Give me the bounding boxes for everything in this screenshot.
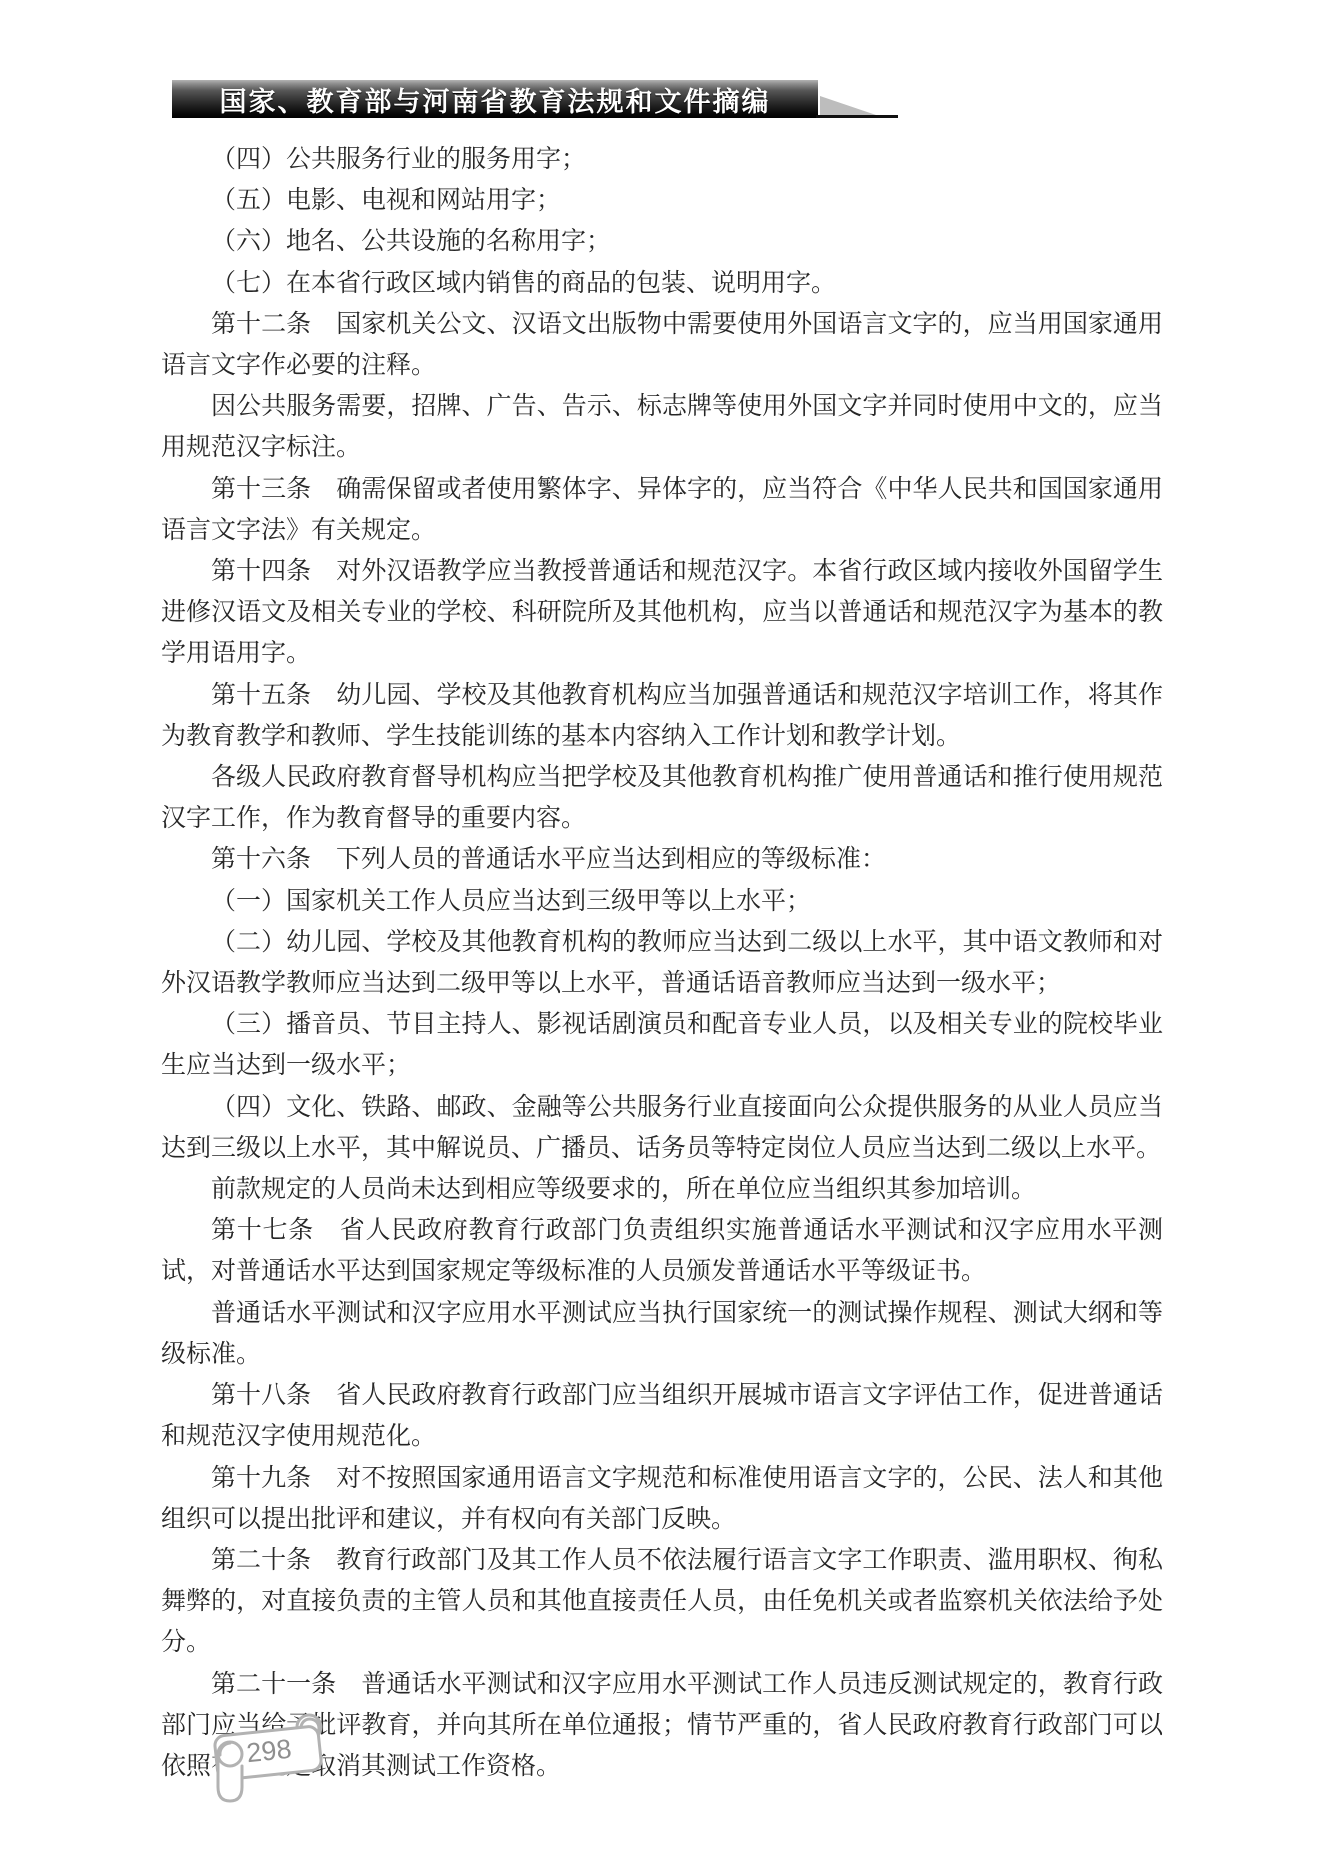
paragraph: 第十六条 下列人员的普通话水平应当达到相应的等级标准： [161,839,1163,880]
paragraph: 第十二条 国家机关公文、汉语文出版物中需要使用外国语言文字的，应当用国家通用语言… [161,304,1163,386]
right-arrow-icon [820,96,876,115]
paragraph: 第十四条 对外汉语教学应当教授普通话和规范汉字。本省行政区域内接收外国留学生进修… [161,551,1163,675]
paragraph: 第十五条 幼儿园、学校及其他教育机构应当加强普通话和规范汉字培训工作，将其作为教… [161,675,1163,757]
header-bar: 国家、教育部与河南省教育法规和文件摘编 [172,80,818,118]
paragraph: （七）在本省行政区域内销售的商品的包装、说明用字。 [161,263,1163,304]
document-body: （四）公共服务行业的服务用字； （五）电影、电视和网站用字； （六）地名、公共设… [161,139,1163,1787]
paragraph: 前款规定的人员尚未达到相应等级要求的，所在单位应当组织其参加培训。 [161,1169,1163,1210]
paragraph: 第十七条 省人民政府教育行政部门负责组织实施普通话水平测试和汉字应用水平测试，对… [161,1210,1163,1292]
paragraph: （二）幼儿园、学校及其他教育机构的教师应当达到二级以上水平，其中语文教师和对外汉… [161,922,1163,1004]
page-footer: 298 [203,1710,343,1815]
paragraph: （四）公共服务行业的服务用字； [161,139,1163,180]
document-page: 国家、教育部与河南省教育法规和文件摘编 （四）公共服务行业的服务用字； （五）电… [0,0,1323,1871]
paragraph: 第二十条 教育行政部门及其工作人员不依法履行语言文字工作职责、滥用职权、徇私舞弊… [161,1540,1163,1664]
paragraph: 各级人民政府教育督导机构应当把学校及其他教育机构推广使用普通话和推行使用规范汉字… [161,757,1163,839]
page-number: 298 [236,1733,303,1771]
header-rule [816,115,898,118]
page-title: 国家、教育部与河南省教育法规和文件摘编 [220,80,771,119]
paragraph: 因公共服务需要，招牌、广告、告示、标志牌等使用外国文字并同时使用中文的，应当用规… [161,386,1163,468]
paragraph: （四）文化、铁路、邮政、金融等公共服务行业直接面向公众提供服务的从业人员应当达到… [161,1087,1163,1169]
paragraph: 第十八条 省人民政府教育行政部门应当组织开展城市语言文字评估工作，促进普通话和规… [161,1375,1163,1457]
paragraph: （六）地名、公共设施的名称用字； [161,221,1163,262]
paragraph: 普通话水平测试和汉字应用水平测试应当执行国家统一的测试操作规程、测试大纲和等级标… [161,1293,1163,1375]
paragraph: 第十三条 确需保留或者使用繁体字、异体字的，应当符合《中华人民共和国国家通用语言… [161,469,1163,551]
paragraph: （一）国家机关工作人员应当达到三级甲等以上水平； [161,881,1163,922]
paragraph: （五）电影、电视和网站用字； [161,180,1163,221]
paragraph: 第十九条 对不按照国家通用语言文字规范和标准使用语言文字的，公民、法人和其他组织… [161,1458,1163,1540]
paragraph: （三）播音员、节目主持人、影视话剧演员和配音专业人员，以及相关专业的院校毕业生应… [161,1004,1163,1086]
page-header: 国家、教育部与河南省教育法规和文件摘编 [172,76,932,126]
